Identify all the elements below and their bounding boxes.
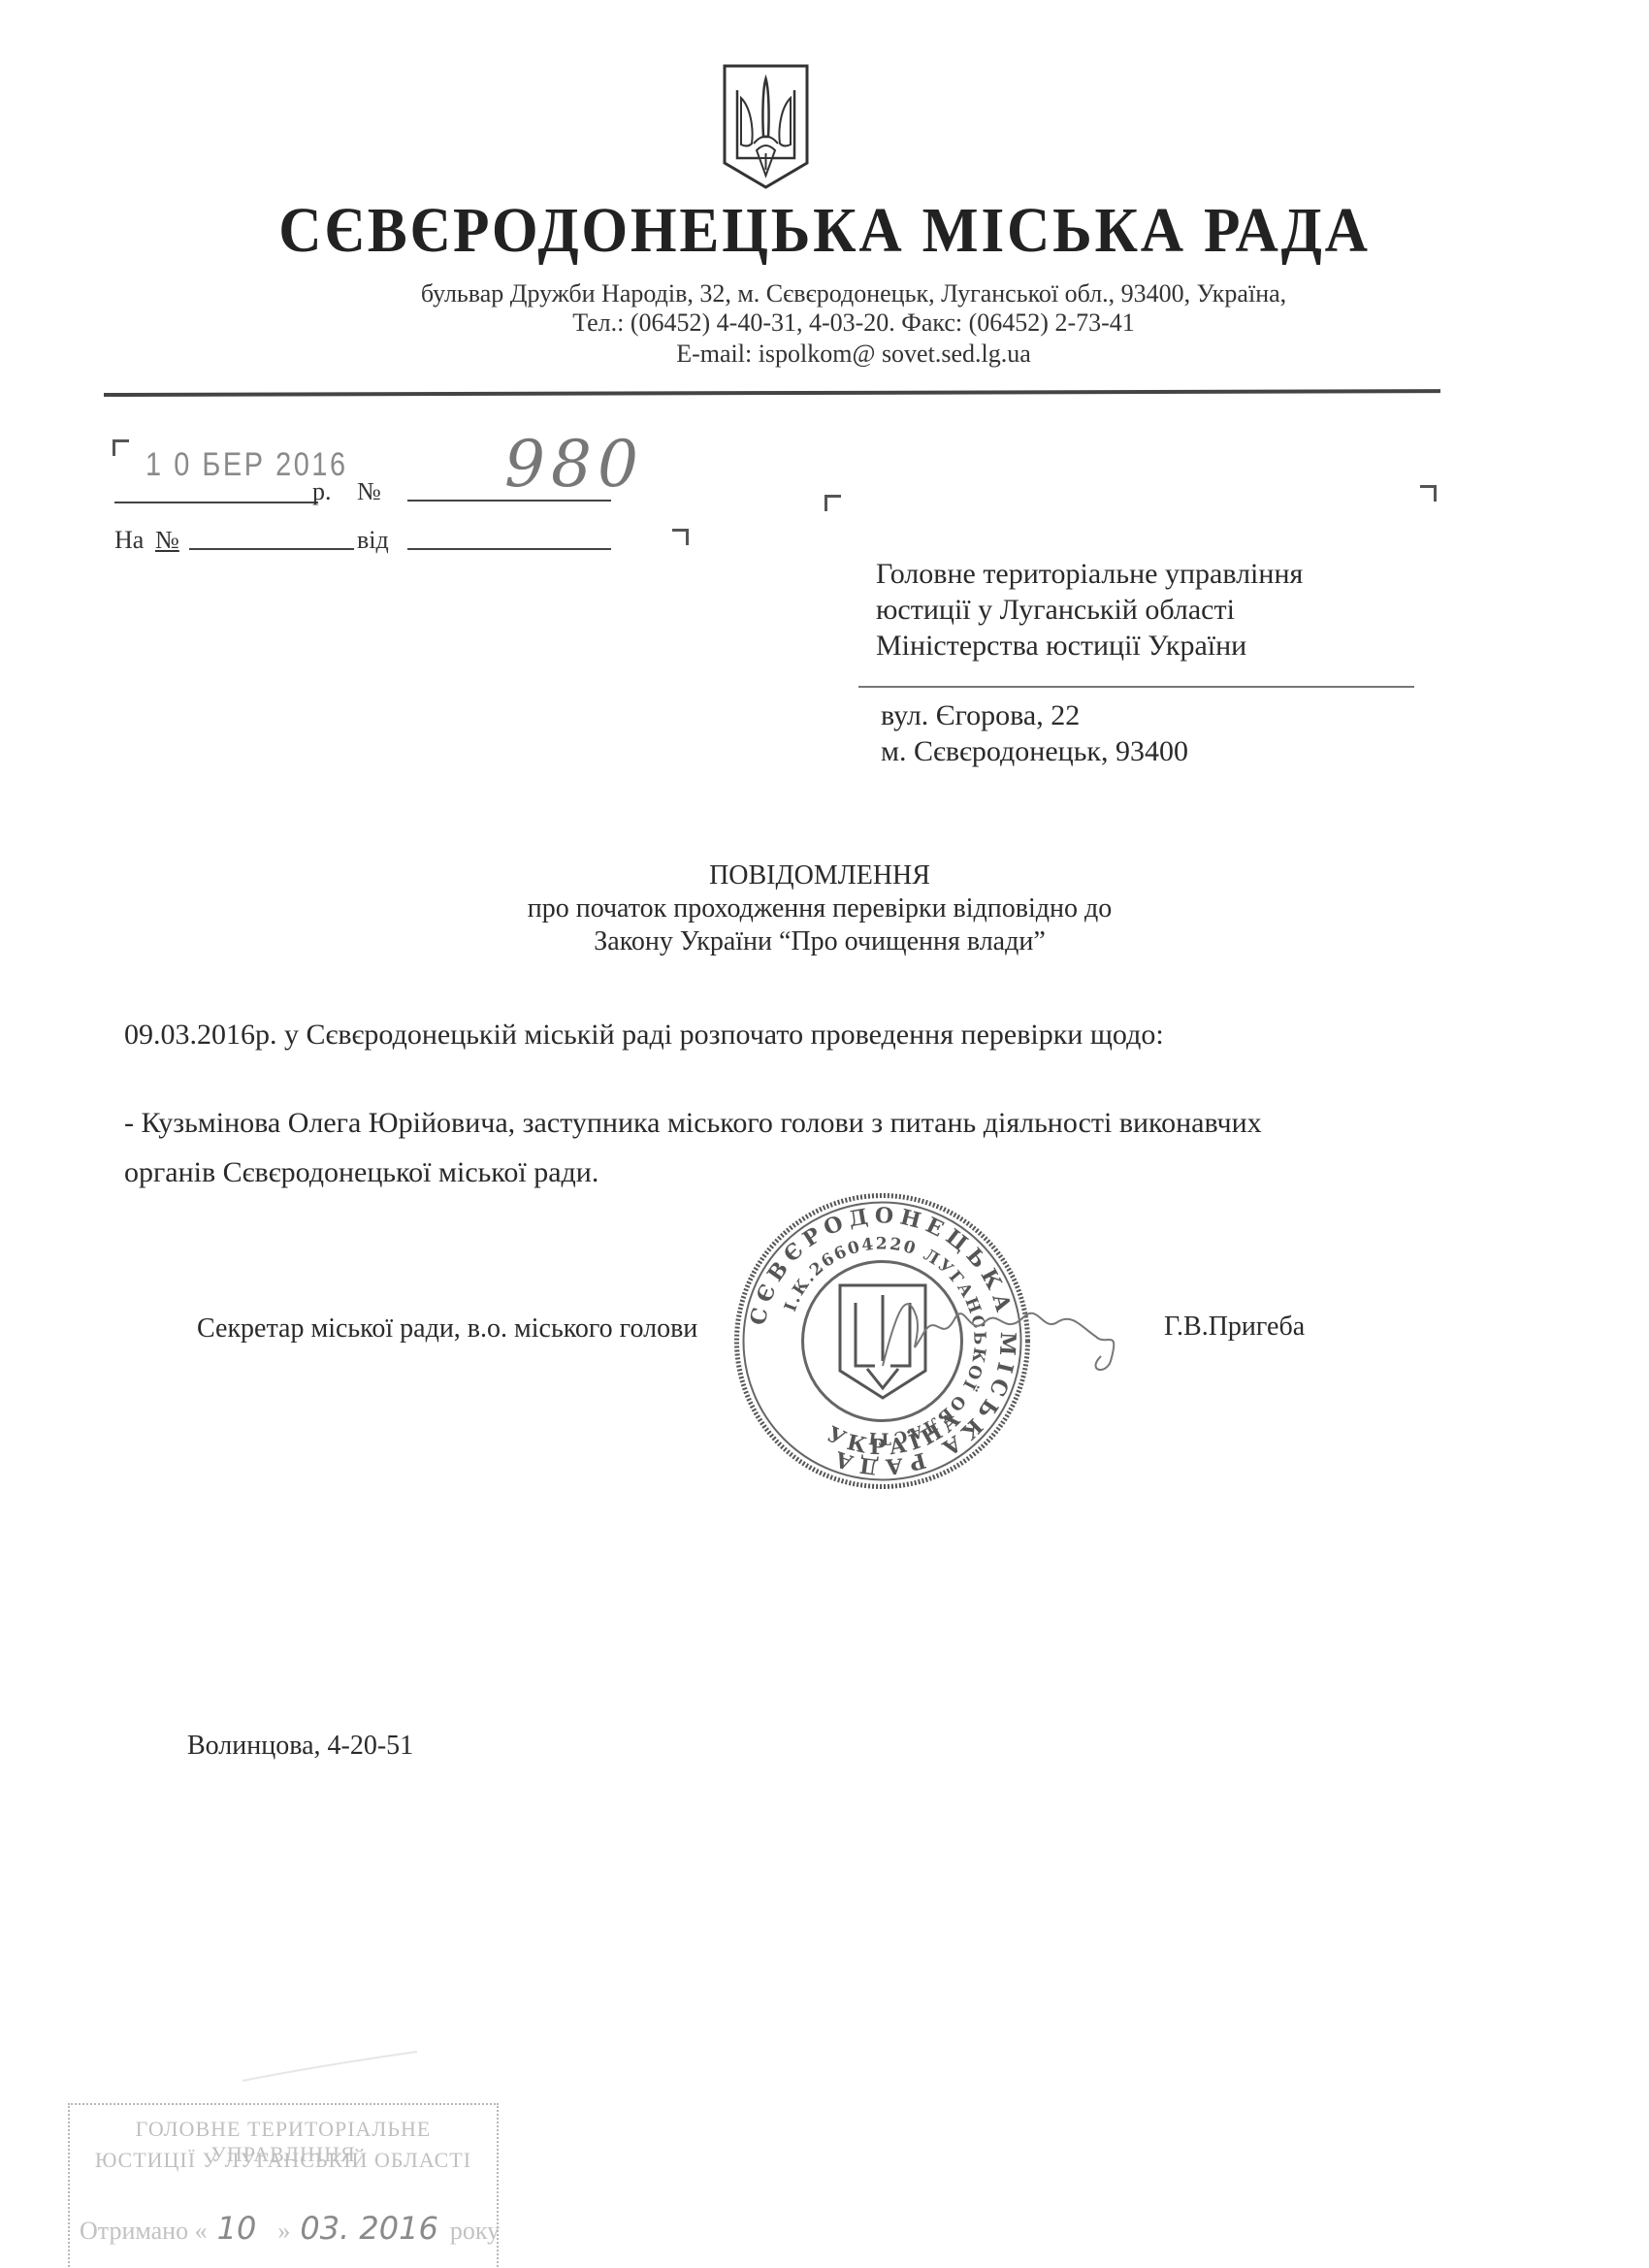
- reply-number-line: [189, 548, 354, 550]
- corner-mark: [1420, 485, 1437, 502]
- reply-number-sign: №: [155, 526, 179, 555]
- recipient-divider: [858, 686, 1414, 688]
- letterhead-divider: [104, 389, 1440, 397]
- corner-mark: [672, 529, 689, 545]
- received-day: 10: [217, 2210, 257, 2247]
- received-month-year: 03. 2016: [300, 2210, 438, 2247]
- corner-mark: [113, 439, 129, 456]
- body-paragraph: 09.03.2016р. у Сєвєродонецькій міській р…: [124, 1019, 1164, 1052]
- number-label: №: [357, 477, 381, 506]
- recipient-line-2: юстиції у Луганській області: [876, 593, 1235, 627]
- reply-to-label: На: [114, 526, 144, 555]
- notice-title: ПОВІДОМЛЕННЯ: [0, 860, 1644, 891]
- handwritten-signature: [878, 1279, 1130, 1385]
- executor-contact: Волинцова, 4-20-51: [187, 1731, 413, 1762]
- address-line: бульвар Дружби Народів, 32, м. Сєвєродон…: [29, 279, 1649, 308]
- outgoing-number: 980: [504, 427, 644, 502]
- notice-subtitle-2: Закону України “Про очищення влади”: [0, 926, 1644, 957]
- year-suffix: р.: [312, 477, 332, 506]
- received-stamp-line-2: ЮСТИЦІЇ У ЛУГАНСЬКІЙ ОБЛАСТІ: [70, 2148, 497, 2173]
- phone-line: Тел.: (06452) 4-40-31, 4-03-20. Факс: (0…: [29, 308, 1649, 338]
- signer-name: Г.В.Пригеба: [1164, 1312, 1305, 1343]
- signer-position: Секретар міської ради, в.о. міського гол…: [197, 1313, 697, 1345]
- recipient-city: м. Сєвєродонецьк, 93400: [881, 734, 1188, 768]
- reply-date-line: [407, 548, 611, 550]
- recipient-line-1: Головне територіальне управління: [876, 557, 1303, 591]
- body-item-line-2: органів Сєвєродонецької міської ради.: [124, 1156, 598, 1189]
- received-label: Отримано «: [80, 2217, 208, 2245]
- recipient-street: вул. Єгорова, 22: [881, 698, 1080, 732]
- email-line: E-mail: ispolkom@ sovet.sed.lg.ua: [29, 340, 1649, 369]
- from-label: від: [357, 526, 389, 555]
- faint-scribble: [233, 2042, 427, 2090]
- notice-subtitle-1: про початок проходження перевірки відпов…: [0, 893, 1644, 924]
- date-line: [114, 502, 318, 503]
- recipient-line-3: Міністерства юстиції України: [876, 629, 1246, 663]
- received-year-suffix: року: [450, 2217, 500, 2245]
- corner-mark: [824, 495, 841, 511]
- number-line: [407, 500, 611, 502]
- received-mid-quote: »: [277, 2217, 290, 2245]
- body-item-line-1: - Кузьмінова Олега Юрійовича, заступника…: [124, 1107, 1262, 1140]
- coat-of-arms-icon: [720, 61, 812, 192]
- received-stamp: ГОЛОВНЕ ТЕРИТОРІАЛЬНЕ УПРАВЛІННЯ ЮСТИЦІЇ…: [68, 2103, 499, 2268]
- organization-name: СЄВЄРОДОНЕЦЬКА МІСЬКА РАДА: [58, 194, 1592, 268]
